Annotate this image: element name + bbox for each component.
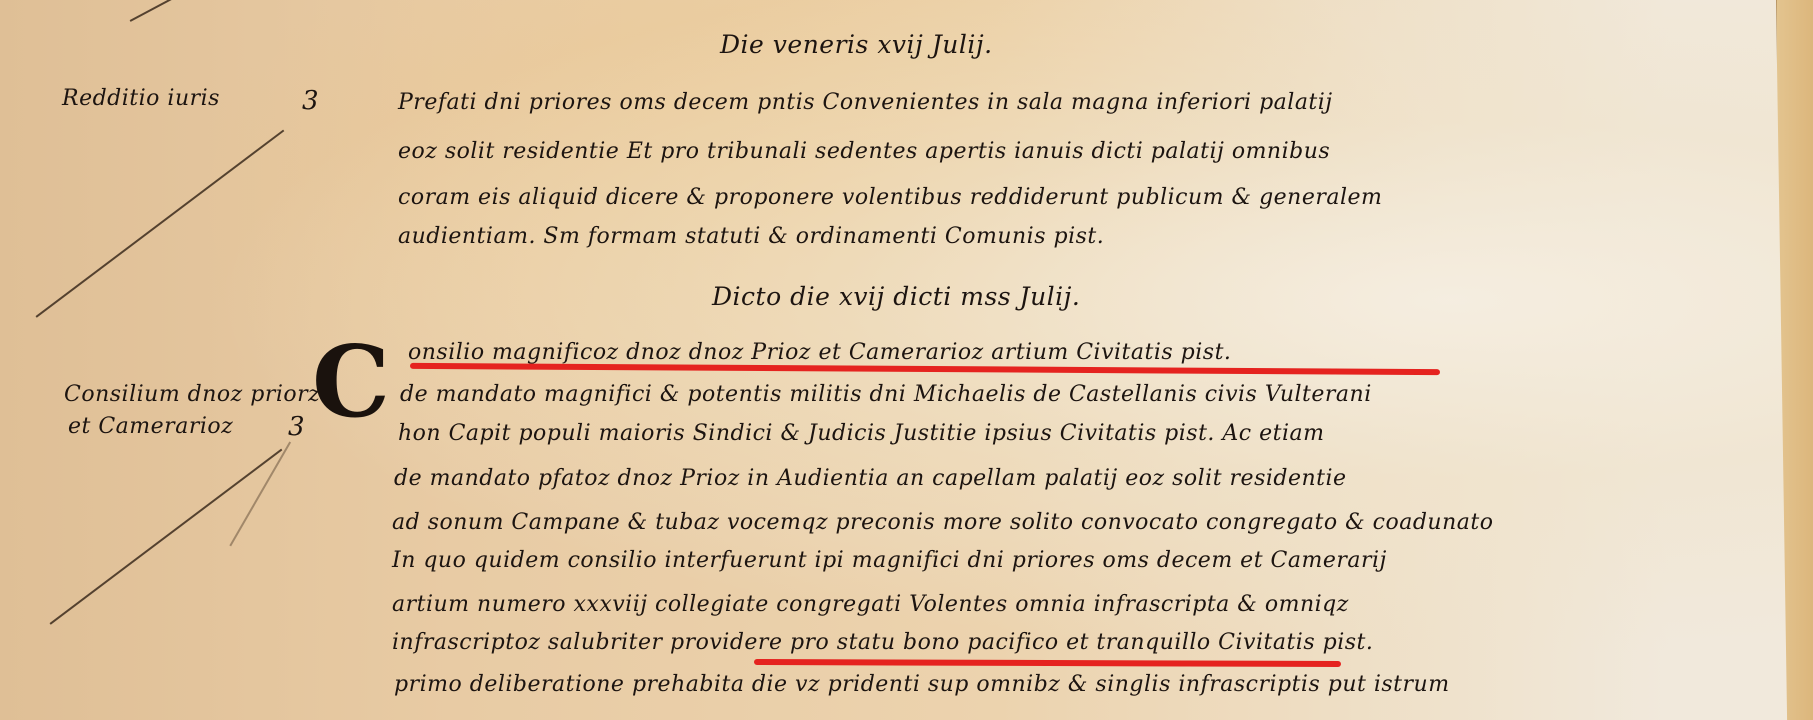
section2-line: de mandato pfatoz dnoz Prioz in Audienti… bbox=[394, 466, 1347, 491]
margin-pen-stroke bbox=[36, 130, 284, 318]
margin-pen-stroke bbox=[130, 0, 184, 21]
section1-line: eoz solit residentie Et pro tribunali se… bbox=[398, 139, 1330, 164]
section2-line: primo deliberatione prehabita die vz pri… bbox=[394, 672, 1450, 697]
section1-heading: Die veneris xvij Julij. bbox=[720, 30, 993, 59]
section2-line: hon Capit populi maioris Sindici & Judic… bbox=[398, 421, 1325, 446]
section2-line: onsilio magnificoz dnoz dnoz Prioz et Ca… bbox=[408, 340, 1231, 365]
section2-margin-note-line1: Consilium dnoz priorz bbox=[64, 382, 320, 407]
section2-margin-bracket: 3 bbox=[288, 412, 305, 442]
section1-line: audientiam. Sm formam statuti & ordiname… bbox=[398, 224, 1104, 249]
section1-line: Prefati dni priores oms decem pntis Conv… bbox=[398, 90, 1333, 115]
section2-line: de mandato magnifici & potentis militis … bbox=[400, 382, 1372, 407]
margin-pen-stroke bbox=[50, 449, 283, 625]
manuscript-page: Die veneris xvij Julij. Redditio iuris 3… bbox=[0, 0, 1813, 720]
section2-line: In quo quidem consilio interfuerunt ipi … bbox=[392, 548, 1387, 573]
red-underline-annotation bbox=[754, 659, 1341, 667]
section2-margin-note-line2: et Camerarioz bbox=[68, 414, 233, 439]
margin-pen-stroke bbox=[229, 441, 290, 546]
decorated-initial: C bbox=[312, 338, 390, 428]
section2-line: ad sonum Campane & tubaz vocemqz preconi… bbox=[392, 510, 1493, 535]
section2-line: infrascriptoz salubriter providere pro s… bbox=[392, 630, 1373, 655]
section2-line: artium numero xxxviij collegiate congreg… bbox=[392, 592, 1349, 617]
section1-line: coram eis aliquid dicere & proponere vol… bbox=[398, 185, 1382, 210]
page-edge bbox=[1776, 0, 1813, 720]
section1-margin-note: Redditio iuris bbox=[62, 86, 220, 111]
section1-margin-bracket: 3 bbox=[302, 86, 319, 116]
section2-heading: Dicto die xvij dicti mss Julij. bbox=[712, 282, 1080, 311]
